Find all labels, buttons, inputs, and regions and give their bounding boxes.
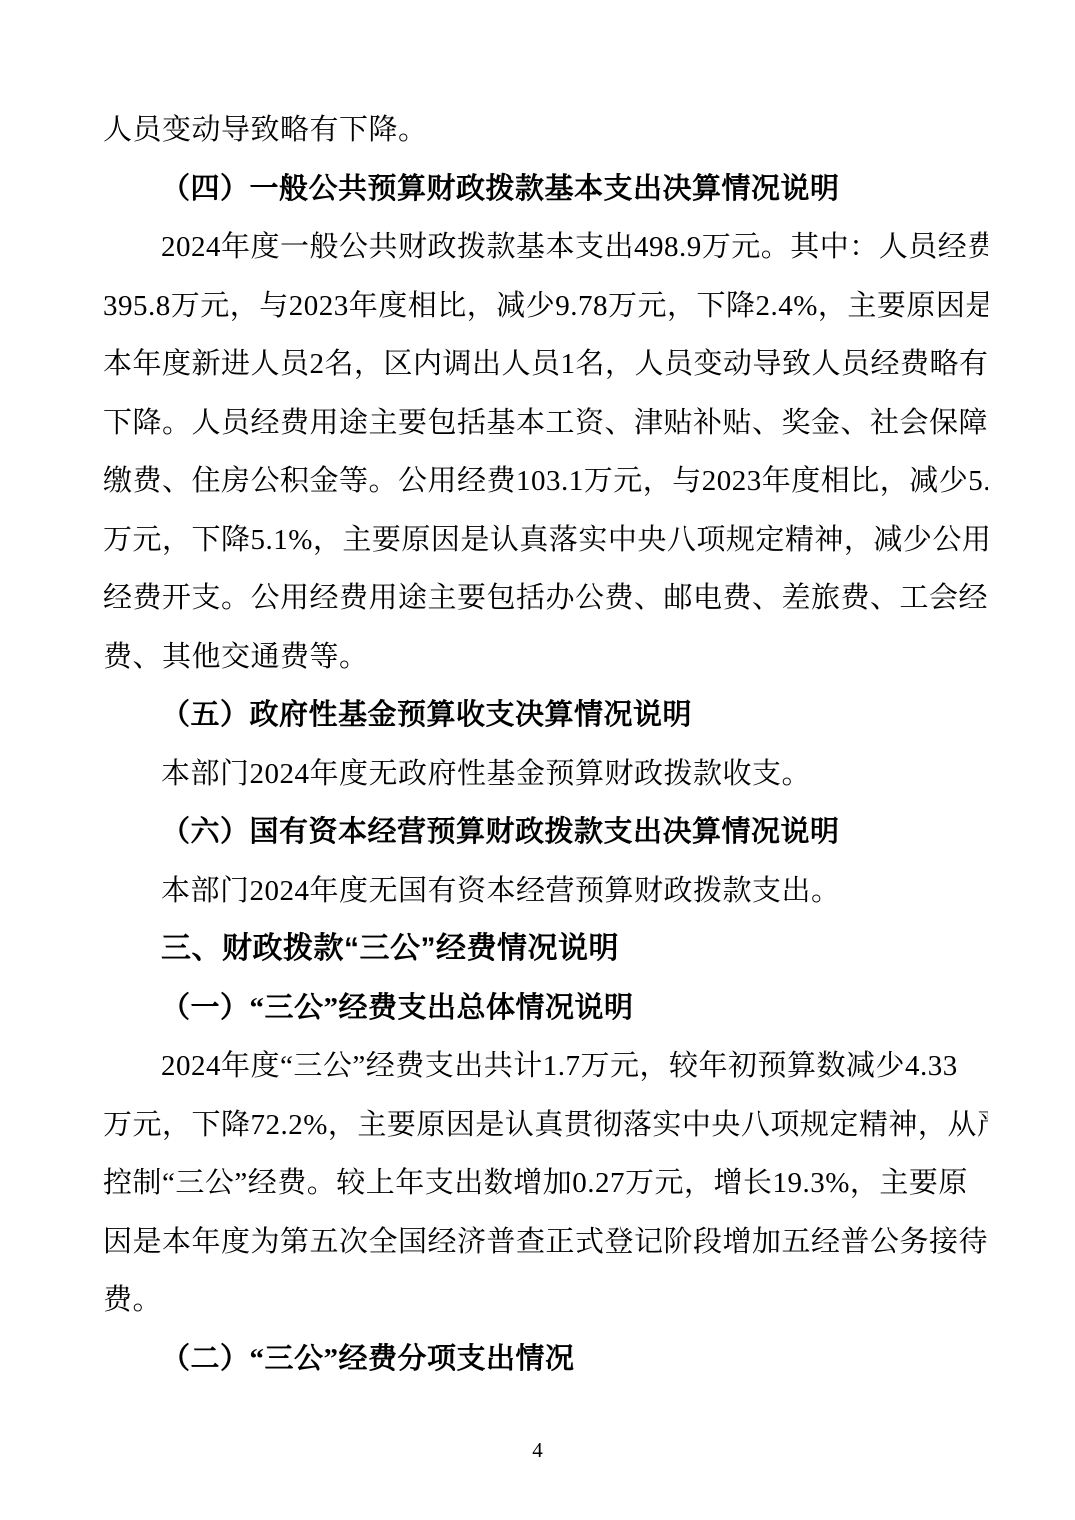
document-body: 人员变动导致略有下降。 （四）一般公共预算财政拨款基本支出决算情况说明 2024… bbox=[103, 101, 988, 1388]
body-text-line: 2024年度“三公”经费支出共计1.7万元，较年初预算数减少4.33 bbox=[103, 1037, 988, 1096]
body-text-line: 费。 bbox=[103, 1271, 988, 1330]
subsection-heading: （二）“三公”经费分项支出情况 bbox=[103, 1330, 988, 1389]
body-text-line: 下降。人员经费用途主要包括基本工资、津贴补贴、奖金、社会保障 bbox=[103, 394, 988, 453]
subsection-heading: （一）“三公”经费支出总体情况说明 bbox=[103, 979, 988, 1038]
document-page: 人员变动导致略有下降。 （四）一般公共预算财政拨款基本支出决算情况说明 2024… bbox=[0, 0, 1075, 1520]
body-text-line: 万元，下降5.1%，主要原因是认真落实中央八项规定精神，减少公用 bbox=[103, 511, 988, 570]
body-text-line: 本部门2024年度无政府性基金预算财政拨款收支。 bbox=[103, 745, 988, 804]
subsection-heading: （四）一般公共预算财政拨款基本支出决算情况说明 bbox=[103, 160, 988, 219]
body-text-line: 2024年度一般公共财政拨款基本支出498.9万元。其中：人员经费 bbox=[103, 218, 988, 277]
body-text-line: 经费开支。公用经费用途主要包括办公费、邮电费、差旅费、工会经 bbox=[103, 569, 988, 628]
page-number: 4 bbox=[0, 1438, 1075, 1463]
subsection-heading: （六）国有资本经营预算财政拨款支出决算情况说明 bbox=[103, 803, 988, 862]
subsection-heading: （五）政府性基金预算收支决算情况说明 bbox=[103, 686, 988, 745]
body-text-line: 控制“三公”经费。较上年支出数增加0.27万元，增长19.3%，主要原 bbox=[103, 1154, 988, 1213]
body-text-line: 因是本年度为第五次全国经济普查正式登记阶段增加五经普公务接待 bbox=[103, 1213, 988, 1272]
section-heading: 三、财政拨款“三公”经费情况说明 bbox=[103, 920, 988, 979]
body-text-line: 费、其他交通费等。 bbox=[103, 628, 988, 687]
body-text-line: 本年度新进人员2名，区内调出人员1名，人员变动导致人员经费略有 bbox=[103, 335, 988, 394]
body-text-line: 缴费、住房公积金等。公用经费103.1万元，与2023年度相比，减少5.52 bbox=[103, 452, 988, 511]
body-text-line: 395.8万元，与2023年度相比，减少9.78万元，下降2.4%，主要原因是 bbox=[103, 277, 988, 336]
body-text-line: 本部门2024年度无国有资本经营预算财政拨款支出。 bbox=[103, 862, 988, 921]
body-text-line: 人员变动导致略有下降。 bbox=[103, 101, 988, 160]
body-text-line: 万元，下降72.2%，主要原因是认真贯彻落实中央八项规定精神，从严 bbox=[103, 1096, 988, 1155]
